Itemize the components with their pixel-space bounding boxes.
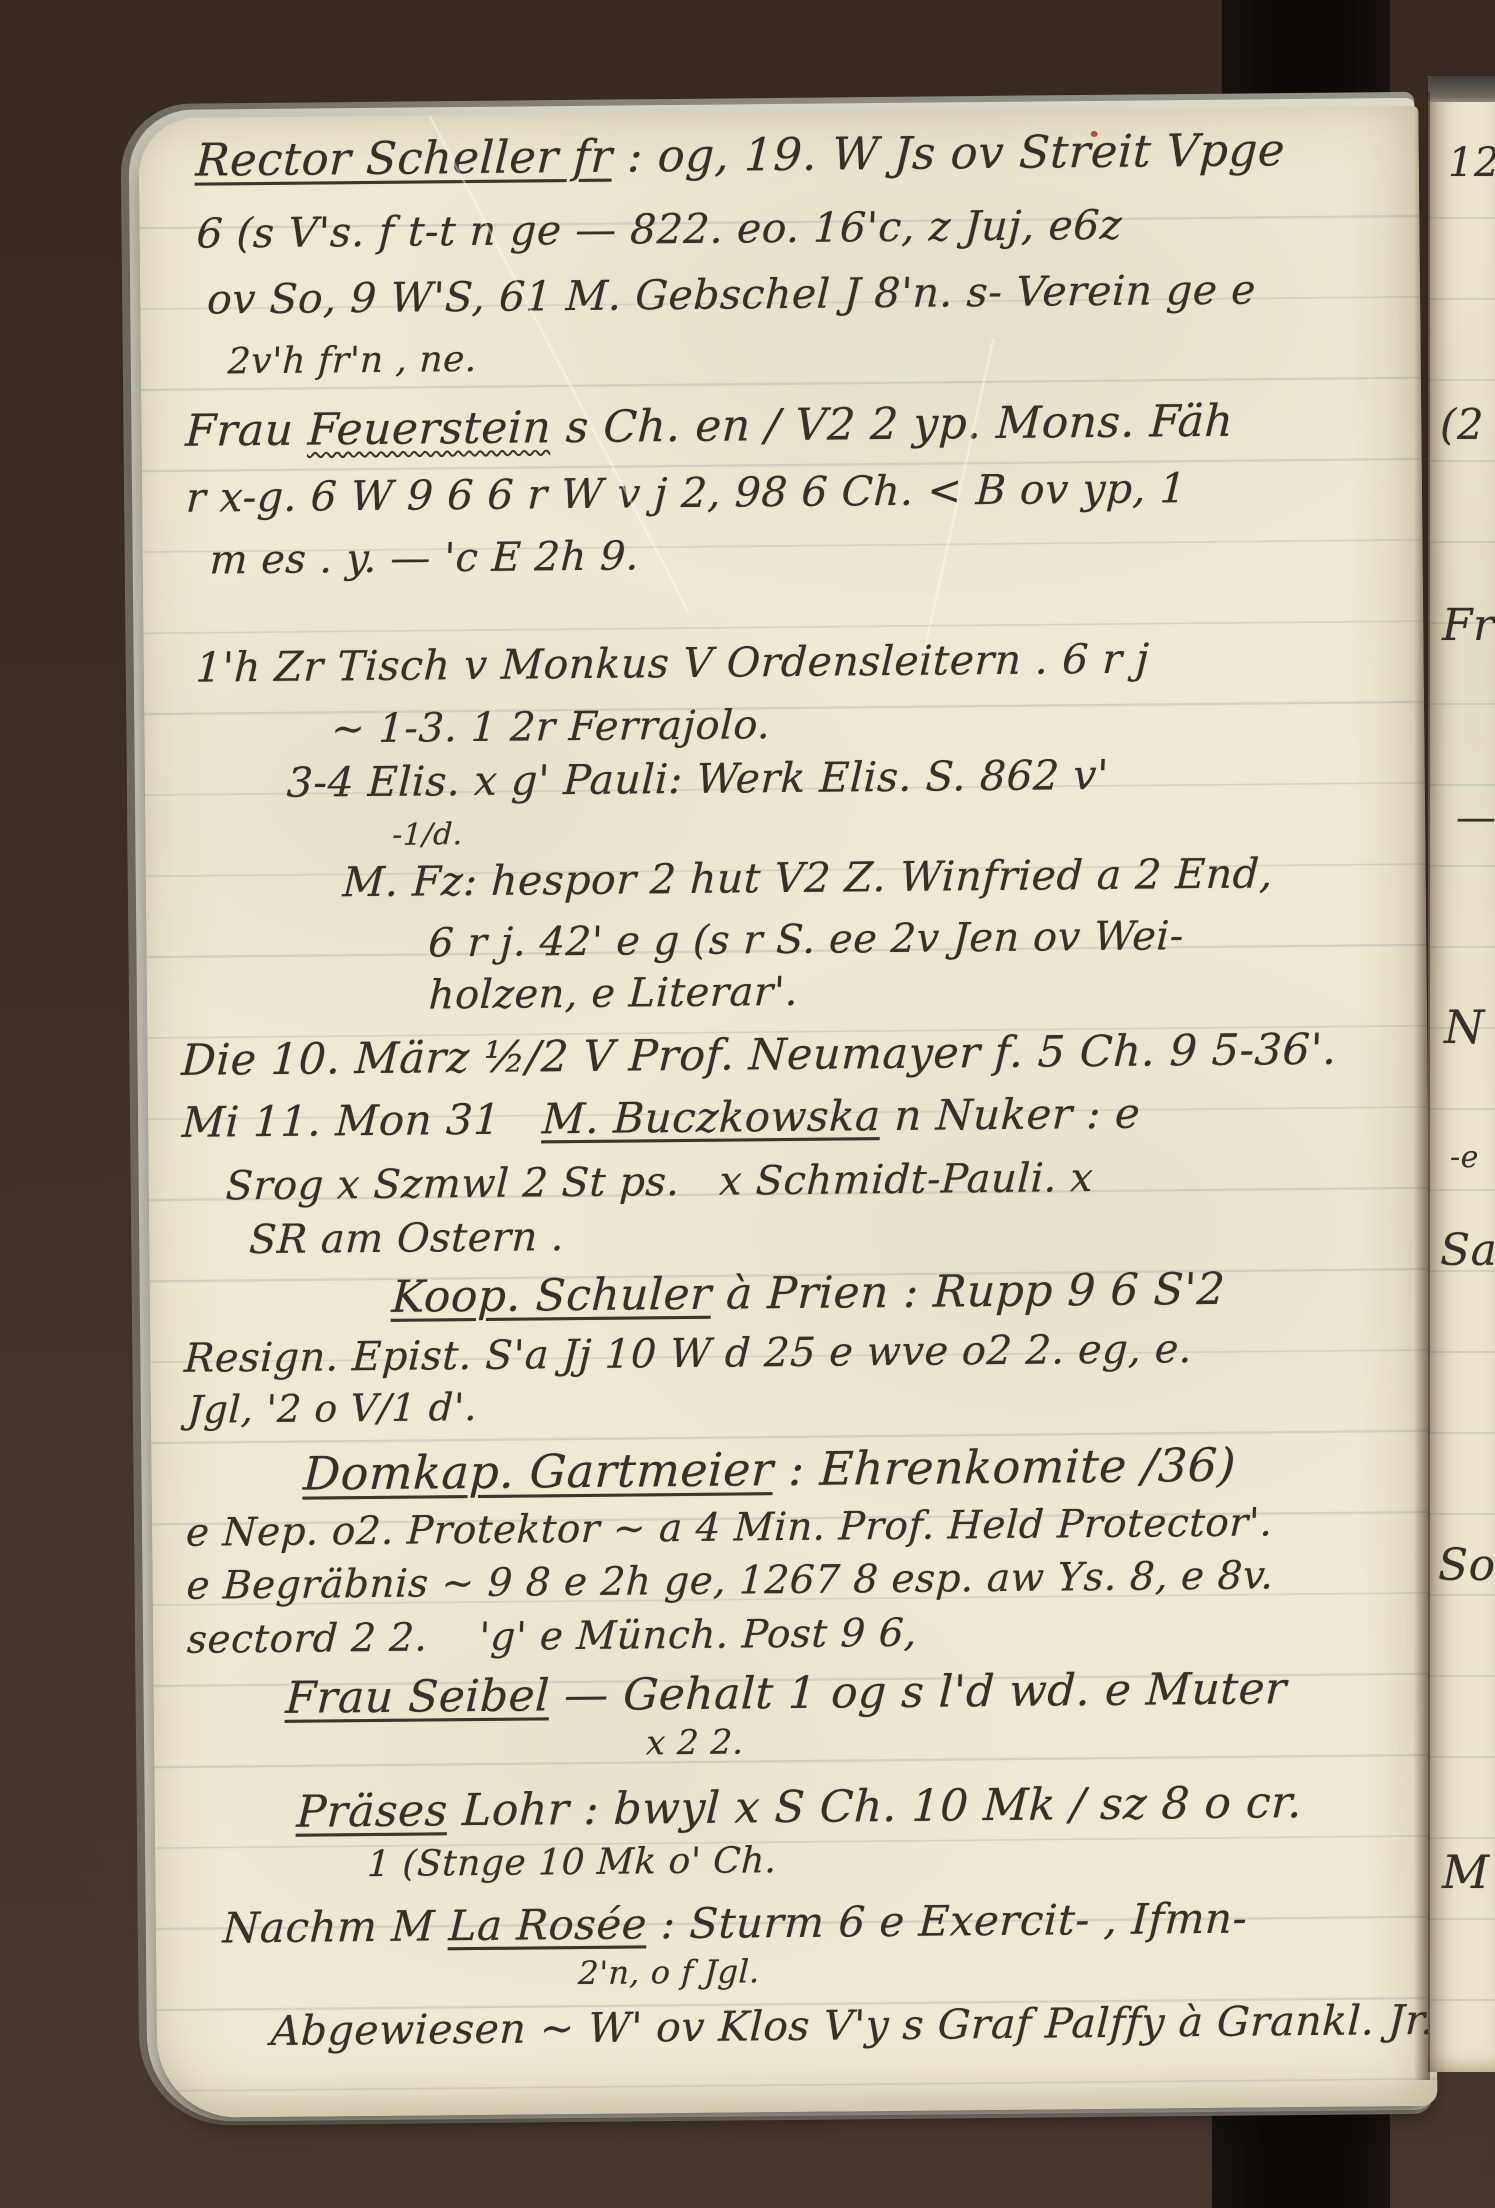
page-top-edge [1428,76,1495,102]
handwritten-line: 1'h Zr Tisch v Monkus V Ordensleitern . … [195,635,1151,692]
entry-heading: M. Buczkowska [541,1091,882,1143]
entry-heading: Rector Scheller fr [195,130,614,187]
handwritten-line: Koop. Schuler à Prien : Rupp 9 6 S'2 [391,1264,1227,1323]
handwritten-line: x 2 2. [645,1722,745,1763]
handwritten-line: holzen, e Literar'. [428,969,799,1019]
handwritten-line: Jgl, '2 o V/1 d'. [187,1385,478,1432]
handwritten-line: M. Fz: hespor 2 hut V2 Z. Winfried a 2 E… [342,849,1274,906]
handwriting-fragment: Fr [1442,600,1495,651]
handwritten-line: Resign. Epist. S'a Jj 10 W d 25 e wve o2… [183,1326,1193,1382]
entry-heading: Feuerstein [307,402,552,455]
handwritten-line: Frau Seibel — Gehalt 1 og s l'd wd. e Mu… [285,1663,1288,1724]
handwritten-line: e Nep. o2. Protektor ~ a 4 Min. Prof. He… [185,1500,1274,1555]
handwriting-fragment: M [1442,1845,1490,1899]
handwritten-line: Nachm M La Rosée : Sturm 6 e Exercit- , … [222,1894,1249,1953]
handwritten-line: 3-4 Elis. x g' Pauli: Werk Elis. S. 862 … [286,751,1110,807]
entry-heading: Koop. Schuler [391,1269,713,1323]
handwritten-line: -1/d. [392,817,464,853]
handwritten-line: Die 10. März ½/2 V Prof. Neumayer f. 5 C… [180,1025,1337,1086]
handwritten-line: Rector Scheller fr : og, 19. W Js ov Str… [195,123,1287,186]
handwriting-fragment: — [1456,795,1495,841]
handwritten-line: 2'n, o f Jgl. [577,1952,760,1992]
entry-heading: Präses [296,1785,449,1837]
notebook-right-page: 12. (2 Fr — N -e Sa So M [1428,76,1495,2072]
handwritten-line: r x-g. 6 W 9 6 6 r W v j 2, 98 6 Ch. < B… [185,464,1187,522]
handwritten-line: sectord 2 2. 'g' e Münch. Post 9 6, [186,1611,918,1663]
entry-heading: La Rosée [448,1899,649,1950]
notebook-left-page: Rector Scheller fr : og, 19. W Js ov Str… [138,106,1437,2118]
handwritten-line: e Begräbnis ~ 9 8 e 2h ge, 1267 8 esp. a… [186,1553,1275,1608]
entry-heading: Frau Seibel [285,1670,551,1724]
handwritten-line: 6 (s V's. f t-t n ge — 822. eo. 16'c, z … [196,201,1124,258]
handwritten-line: Srog x Szmwl 2 St ps. x Schmidt-Pauli. x [225,1155,1095,1209]
handwritten-line: Abgewiesen ~ W' ov Klos V'y s Graf Palff… [270,1996,1436,2055]
handwritten-line: 6 r j. 42' e g (s r S. ee 2v Jen ov Wei- [427,913,1184,966]
handwriting-fragment: N [1444,1000,1485,1054]
handwritten-line: 1 (Stnge 10 Mk o' Ch. [366,1840,777,1885]
handwriting-fragment: (2 [1440,400,1484,449]
handwritten-line: SR am Ostern . [248,1214,565,1263]
handwritten-line: Präses Lohr : bwyl x S Ch. 10 Mk / sz 8 … [296,1777,1304,1838]
handwritten-line: ~ 1-3. 1 2r Ferrajolo. [330,702,771,752]
handwriting-fragment: -e [1450,1140,1479,1175]
page-gutter [1414,92,1430,2080]
handwritten-line: 2v'h fr'n , ne. [227,339,478,382]
page-number: 12. [1448,140,1495,186]
handwritten-line: ov So, 9 W'S, 61 M. Gebschel J 8'n. s- V… [206,265,1257,323]
handwritten-line: Domkap. Gartmeier : Ehrenkomite /36) [302,1438,1237,1501]
handwriting-fragment: Sa [1440,1225,1495,1276]
handwritten-line: m es . y. — 'c E 2h 9. [209,533,640,583]
handwriting-fragment: So [1438,1540,1495,1591]
handwritten-line: Frau Feuerstein s Ch. en / V2 2 yp. Mons… [184,396,1234,457]
entry-heading: Domkap. Gartmeier [302,1442,774,1501]
handwritten-line: Mi 11. Mon 31 M. Buczkowska n Nuker : e [181,1089,1141,1147]
scanned-photo: Rector Scheller fr : og, 19. W Js ov Str… [0,0,1495,2208]
